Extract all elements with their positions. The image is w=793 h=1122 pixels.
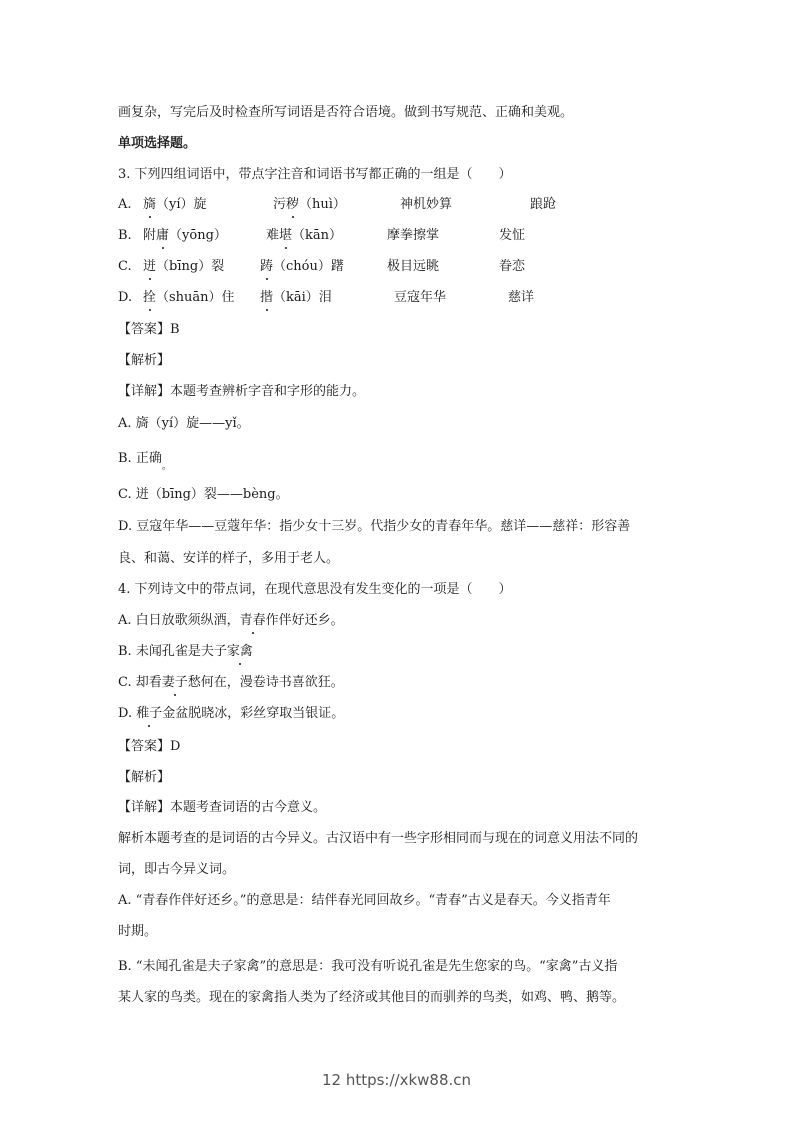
question-4-stem: 4. 下列诗文中的带点词，在现代意思没有发生变化的一项是（ ） xyxy=(118,582,512,598)
q3-option-b: B. 附庸（yōng） 难堪（kān） 摩拳擦掌 发怔 xyxy=(118,228,132,244)
q3-detail: 【详解】本题考查辨析字音和字形的能力。 xyxy=(118,384,365,400)
q4-detail: 【详解】本题考查词语的古今意义。 xyxy=(118,800,326,816)
q3-explain-d-line1: D. 豆寇年华——豆蔻年华：指少女十三岁。代指少女的青春年华。慈详——慈祥：形容… xyxy=(118,519,630,535)
q4-explain-b-line2: 某人家的鸟类。现在的家禽指人类为了经济或其他目的而驯养的鸟类，如鸡、鸭、鹅等。 xyxy=(118,990,625,1006)
q3-option-d: D. 拴（shuān）住 揩（kāi）泪 豆寇年华 慈详 xyxy=(118,290,132,306)
q3-answer: 【答案】B xyxy=(118,322,180,338)
q4-explain-a-line2: 时期。 xyxy=(118,924,157,940)
q4-answer: 【答案】D xyxy=(118,739,180,755)
q3-option-a: A. 旖（yí）旋 污秽（huì） 神机妙算 踉跄 xyxy=(118,197,132,213)
q4-explain-b-line1: B. “未闻孔雀是夫子家禽”的意思是：我可没有听说孔雀是先生您家的鸟。“家禽”古… xyxy=(118,959,617,975)
q3-option-c: C. 迸（bīng）裂 踌（chóu）躇 极目远眺 眷恋 xyxy=(118,259,132,275)
q4-option-b: B. 未闻孔雀是夫子家禽 xyxy=(118,644,253,660)
q4-option-d: D. 稚子金盆脱晓冰，彩丝穿取当银证。 xyxy=(118,706,344,722)
section-title: 单项选择题。 xyxy=(118,136,196,152)
page-footer: 12 https://xkw88.cn xyxy=(0,1071,793,1089)
q3-analysis-heading: 【解析】 xyxy=(118,353,170,369)
paragraph-continuation: 画复杂，写完后及时检查所写词语是否符合语境。做到书写规范、正确和美观。 xyxy=(118,105,573,121)
q4-paragraph-1-line2: 词，即古今异义词。 xyxy=(118,862,235,878)
q3-explain-d-line2: 良、和蔼、安详的样子，多用于老人。 xyxy=(118,551,339,567)
q4-explain-a-line1: A. “青春作伴好还乡。”的意思是：结伴春光同回故乡。“青春”古义是春天。今义指… xyxy=(118,893,611,909)
q3-explain-b: B. 正确。 xyxy=(118,451,172,468)
question-3-stem: 3. 下列四组词语中，带点字注音和词语书写都正确的一组是（ ） xyxy=(118,167,512,183)
q4-paragraph-1-line1: 解析本题考查的是词语的古今异义。古汉语中有一些字形相同而与现在的词意义用法不同的 xyxy=(118,831,638,847)
q3-explain-a: A. 旖（yí）旋——yǐ。 xyxy=(118,416,250,432)
q4-analysis-heading: 【解析】 xyxy=(118,770,170,786)
q3-explain-c: C. 迸（bīng）裂——bèng。 xyxy=(118,487,289,503)
q4-option-c: C. 却看妻子愁何在，漫卷诗书喜欲狂。 xyxy=(118,675,344,691)
q4-option-a: A. 白日放歌须纵酒，青春作伴好还乡。 xyxy=(118,613,344,629)
